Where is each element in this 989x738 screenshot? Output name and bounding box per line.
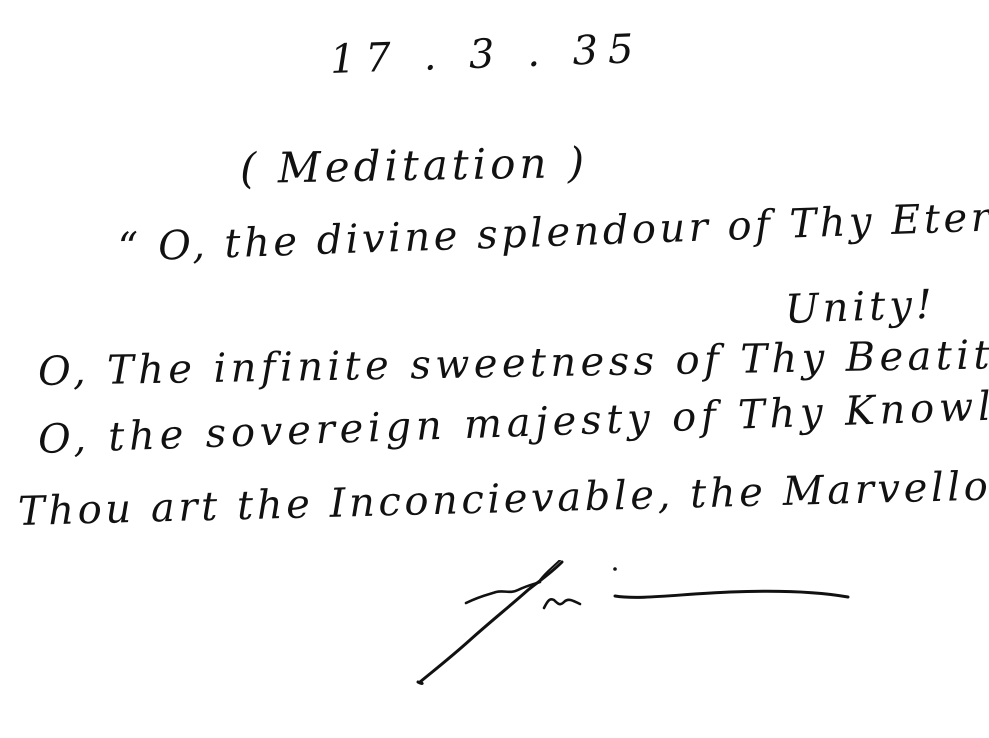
heading: ( Meditation )	[240, 142, 589, 190]
text-line-1-continuation: Unity!	[784, 285, 936, 330]
text-line-1: “ O, the divine splendour of Thy Eternal	[117, 195, 989, 268]
handwritten-page: 17 . 3 . 35 ( Meditation ) “ O, the divi…	[0, 0, 989, 738]
text-line-3: O, the sovereign majesty of Thy Knowledg…	[37, 382, 989, 460]
text-line-4: Thou art the Inconcievable, the Marvello…	[17, 464, 989, 532]
text-line-2: O, The infinite sweetness of Thy Beatitu…	[38, 333, 989, 392]
date: 17 . 3 . 35	[329, 29, 644, 80]
signature-icon	[400, 560, 870, 700]
